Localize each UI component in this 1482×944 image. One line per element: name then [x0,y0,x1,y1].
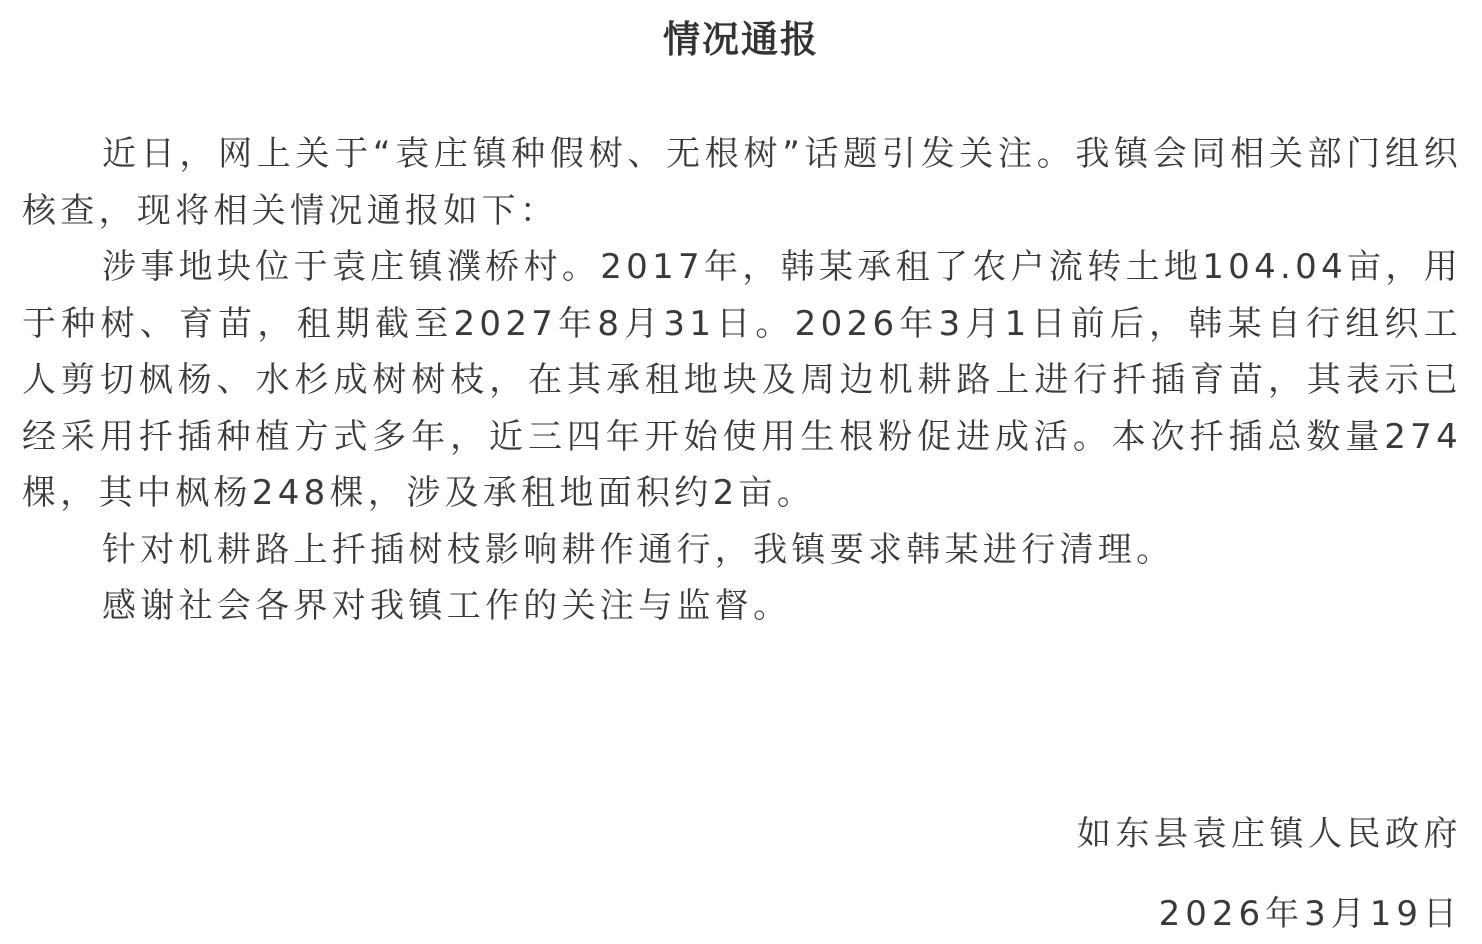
issue-date: 2026年3月19日 [1159,886,1462,942]
document-title: 情况通报 [0,14,1482,66]
paragraph-details: 涉事地块位于袁庄镇濮桥村。2017年，韩某承租了农户流转土地104.04亩，用于… [22,239,1462,522]
paragraph-action: 针对机耕路上扦插树枝影响耕作通行，我镇要求韩某进行清理。 [22,522,1462,579]
document-body: 近日，网上关于“袁庄镇种假树、无根树”话题引发关注。我镇会同相关部门组织核查，现… [22,126,1462,635]
issuer-signature: 如东县袁庄镇人民政府 [1077,806,1462,862]
paragraph-thanks: 感谢社会各界对我镇工作的关注与监督。 [22,578,1462,635]
paragraph-intro: 近日，网上关于“袁庄镇种假树、无根树”话题引发关注。我镇会同相关部门组织核查，现… [22,126,1462,239]
